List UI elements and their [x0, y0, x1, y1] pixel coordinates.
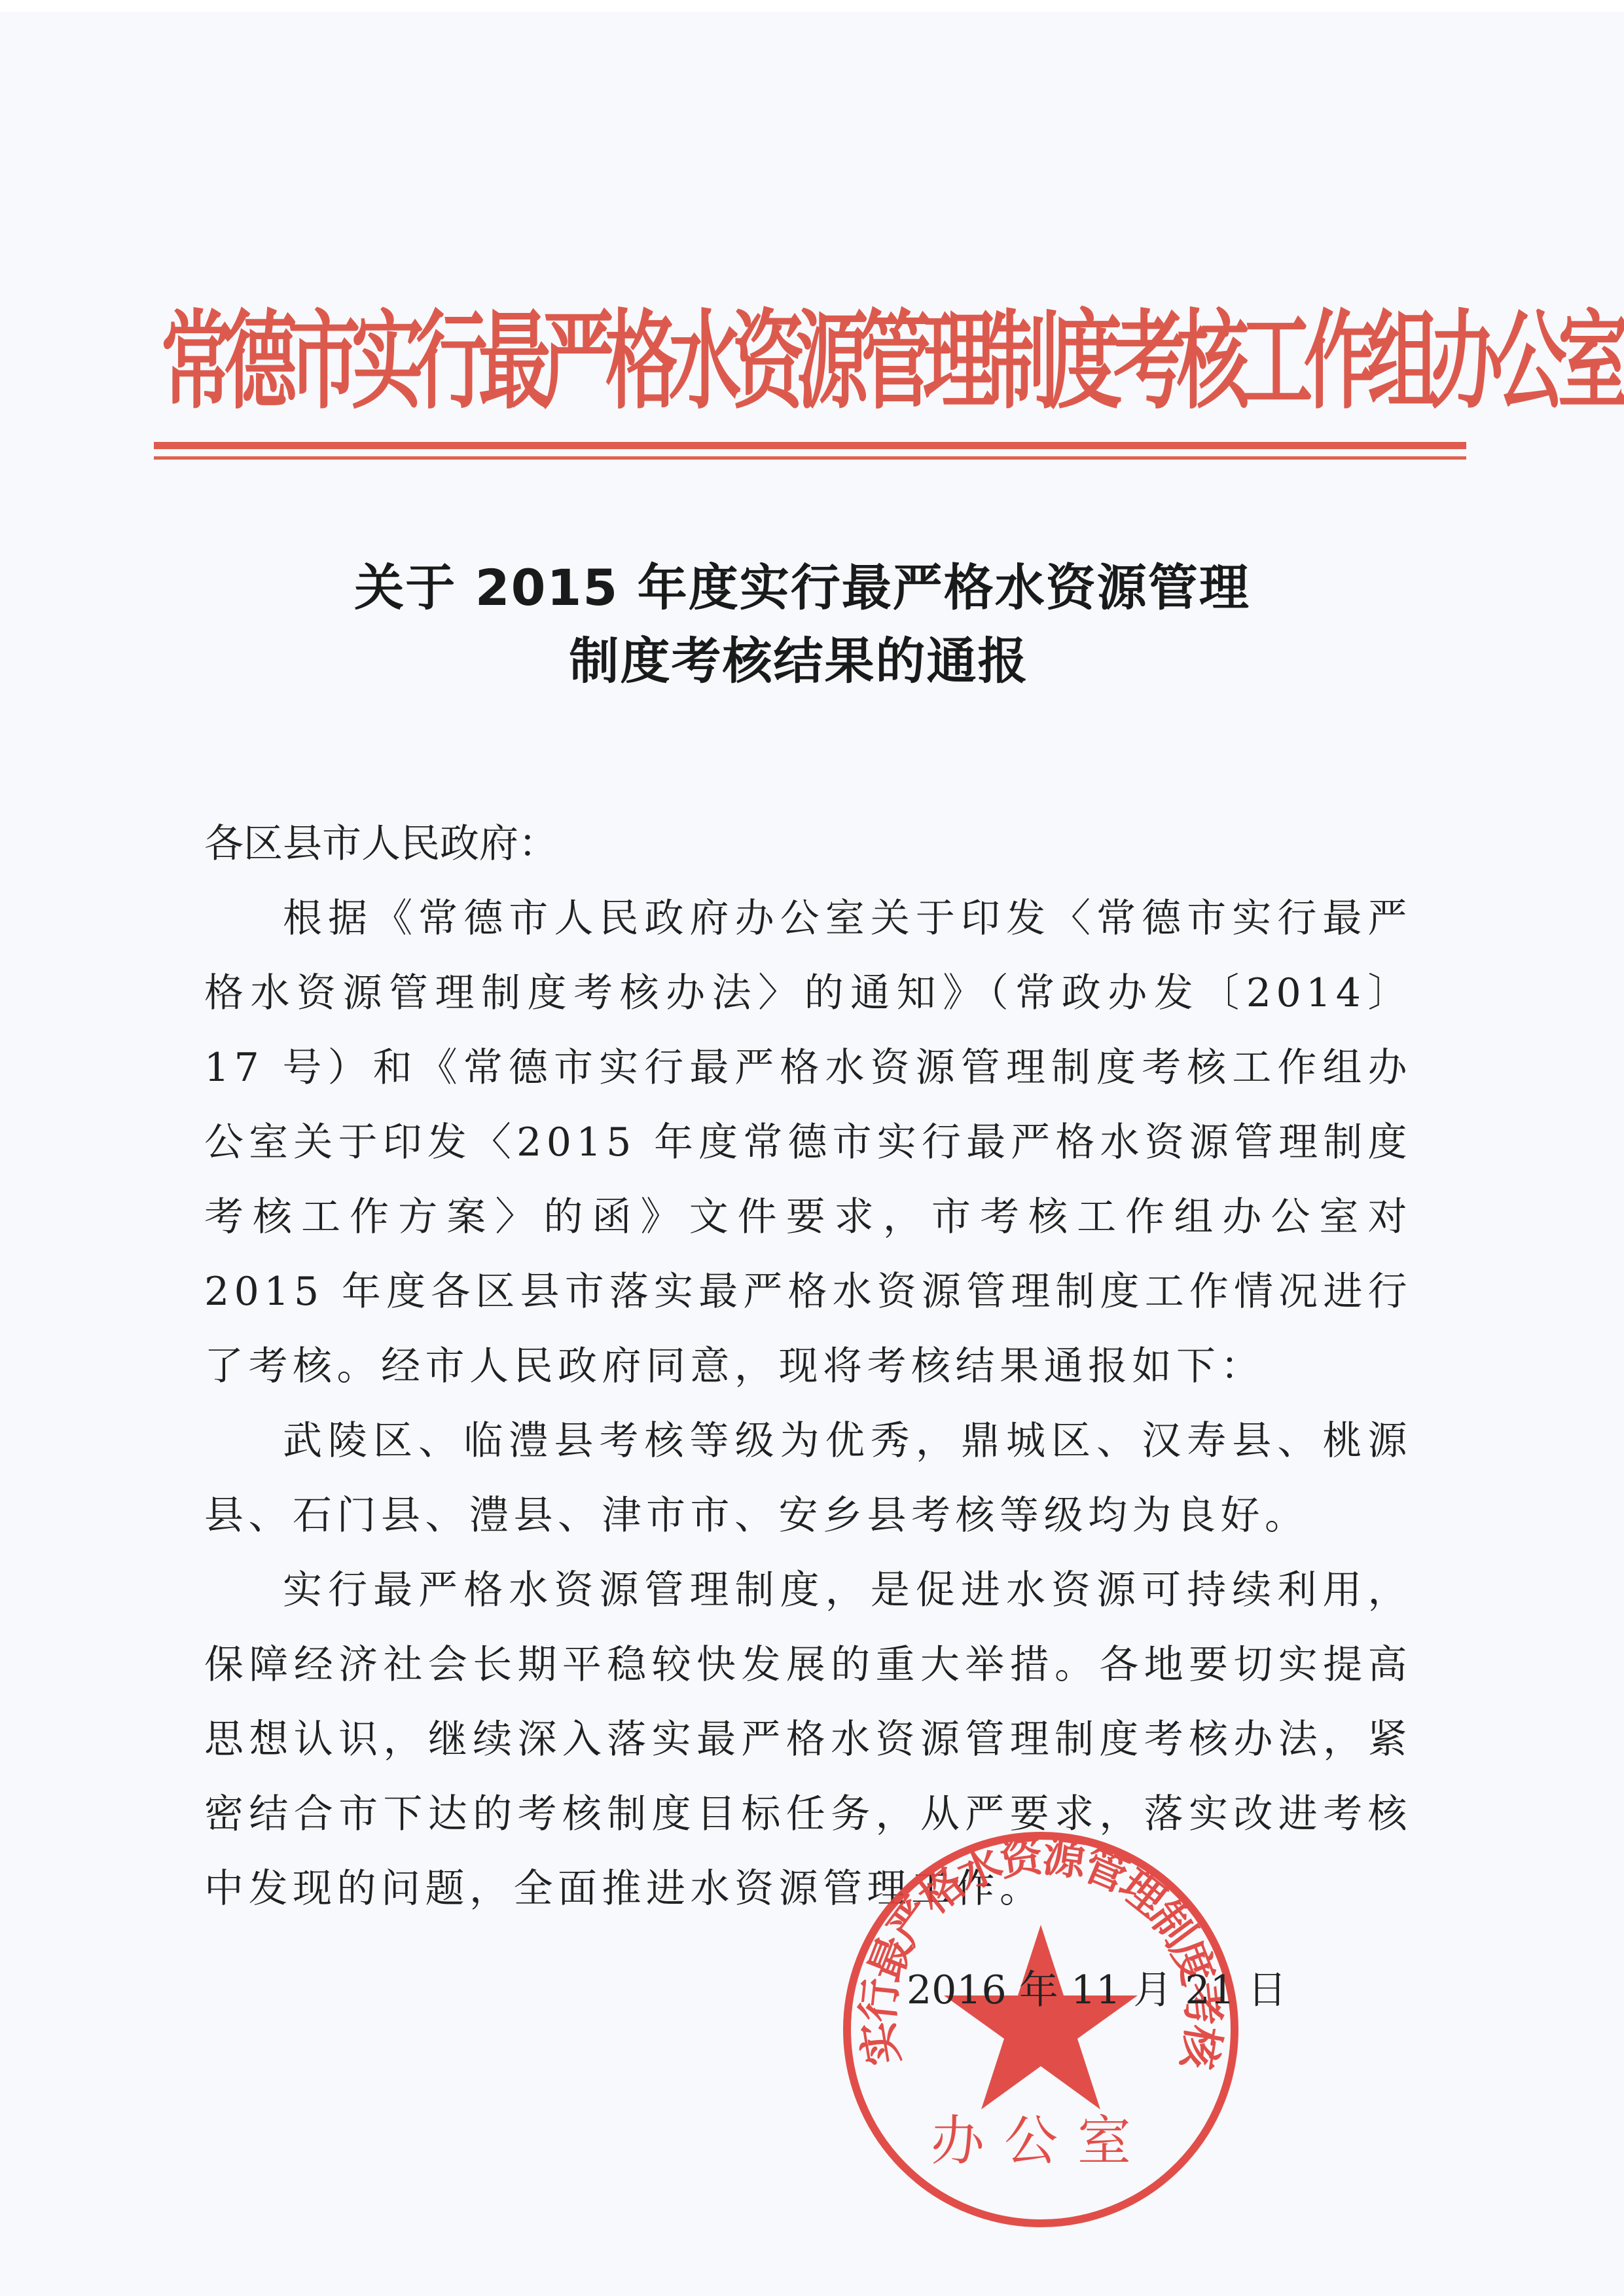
salutation: 各区县市人民政府：	[204, 807, 1412, 881]
letterhead-char: 资	[732, 308, 782, 414]
letterhead-char: 严	[542, 308, 592, 414]
letterhead-char: 制	[986, 308, 1036, 414]
document-body: 各区县市人民政府： 根据《常德市人民政府办公室关于印发〈常德市实行最严格水资源管…	[204, 807, 1412, 1926]
letterhead-char: 水	[669, 308, 719, 414]
star-icon	[944, 1925, 1138, 2109]
letterhead-char: 管	[859, 308, 909, 414]
letterhead-char: 考	[1113, 308, 1163, 414]
letterhead-title: 常德市实行最严格水资源管理制度考核工作组办公室	[154, 296, 1466, 427]
letterhead-char: 作	[1304, 308, 1354, 414]
letterhead-char: 度	[1050, 308, 1100, 414]
letterhead-char: 行	[415, 308, 465, 414]
document-title-line-1: 关于 2015 年度实行最严格水资源管理	[0, 551, 1624, 625]
document-title: 关于 2015 年度实行最严格水资源管理 制度考核结果的通报	[0, 551, 1624, 698]
letterhead-char: 格	[605, 308, 655, 414]
letterhead-char: 理	[923, 308, 973, 414]
letterhead-char: 公	[1494, 308, 1544, 414]
official-seal: 常德市实行最严格水资源管理制度考核工作组 办公室	[838, 1827, 1244, 2232]
document-date: 2016 年 11 月 21 日	[907, 1964, 1299, 2016]
letterhead-char: 市	[288, 308, 338, 414]
letterhead-char: 常	[161, 308, 211, 414]
letterhead-char: 最	[478, 308, 528, 414]
document-title-line-2: 制度考核结果的通报	[0, 625, 1624, 698]
paragraph-results: 武陵区、临澧县考核等级为优秀，鼎城区、汉寿县、桃源县、石门县、澧县、津市市、安乡…	[204, 1404, 1412, 1553]
letterhead-char: 办	[1431, 308, 1481, 414]
letterhead-char: 核	[1177, 308, 1227, 414]
letterhead-rule-thin	[154, 456, 1466, 460]
paragraph-basis: 根据《常德市人民政府办公室关于印发〈常德市实行最严格水资源管理制度考核办法〉的通…	[204, 881, 1412, 1404]
letterhead-char: 工	[1240, 308, 1290, 414]
letterhead-rule-thick	[154, 442, 1466, 449]
letterhead-char: 组	[1367, 308, 1417, 414]
letterhead-char: 源	[796, 308, 846, 414]
seal-center-text: 办公室	[838, 2115, 1244, 2168]
letterhead-char: 实	[352, 308, 401, 414]
letterhead-char: 室	[1558, 308, 1608, 414]
letterhead-char: 德	[225, 308, 274, 414]
